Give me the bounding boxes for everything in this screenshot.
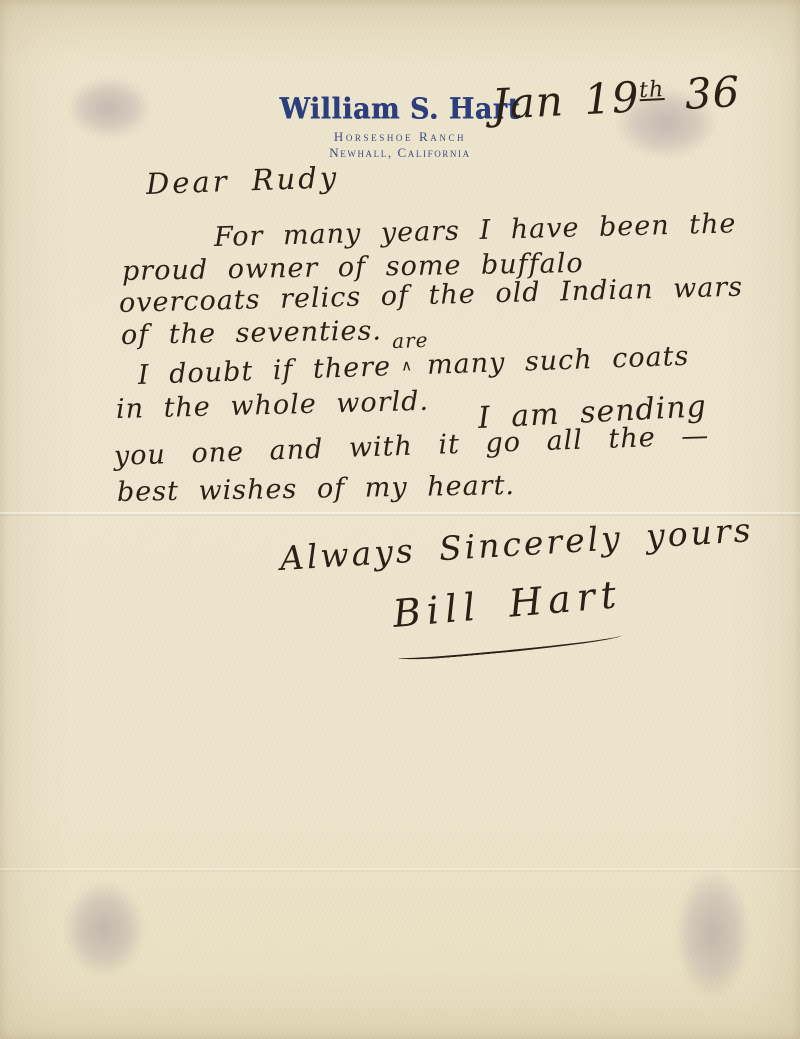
inserted-word-mark: are∧ xyxy=(391,364,427,375)
letterhead-city-line: Newhall, California xyxy=(250,146,550,159)
body-line-8: best wishes of my heart. xyxy=(117,472,515,506)
letterhead-ranch-line: Horseshoe Ranch xyxy=(250,130,550,143)
body-line-4: of the seventies. xyxy=(121,317,382,349)
date-day: Jan 19 xyxy=(491,72,641,129)
salutation: Dear Rudy xyxy=(145,163,339,199)
stain-bottom-right xyxy=(676,870,750,998)
inserted-word: are xyxy=(392,330,429,351)
signature-flourish xyxy=(398,632,623,662)
date-year: 36 xyxy=(663,67,741,120)
letter-date: Jan 19th 36 xyxy=(491,71,741,126)
body-line-1: For many years I have been the xyxy=(214,210,737,251)
body-line-7: you one and with it go all the — xyxy=(114,422,710,470)
date-ordinal: th xyxy=(639,77,665,103)
body-line-5-post: many such coats xyxy=(427,341,690,381)
closing-line: Always Sincerely yours xyxy=(279,513,754,575)
body-line-6a: in the whole world. xyxy=(116,388,430,423)
stain-top-left xyxy=(68,78,150,138)
body-line-5-pre: I doubt if there xyxy=(137,351,391,391)
body-line-5: I doubt if thereare∧many such coats xyxy=(138,343,690,389)
letter-page: William S. Hart Horseshoe Ranch Newhall,… xyxy=(0,0,800,1039)
fold-crease-lower xyxy=(0,868,800,872)
signature: Bill Hart xyxy=(391,575,623,633)
caret-mark: ∧ xyxy=(401,358,414,373)
stain-bottom-left xyxy=(64,882,144,976)
